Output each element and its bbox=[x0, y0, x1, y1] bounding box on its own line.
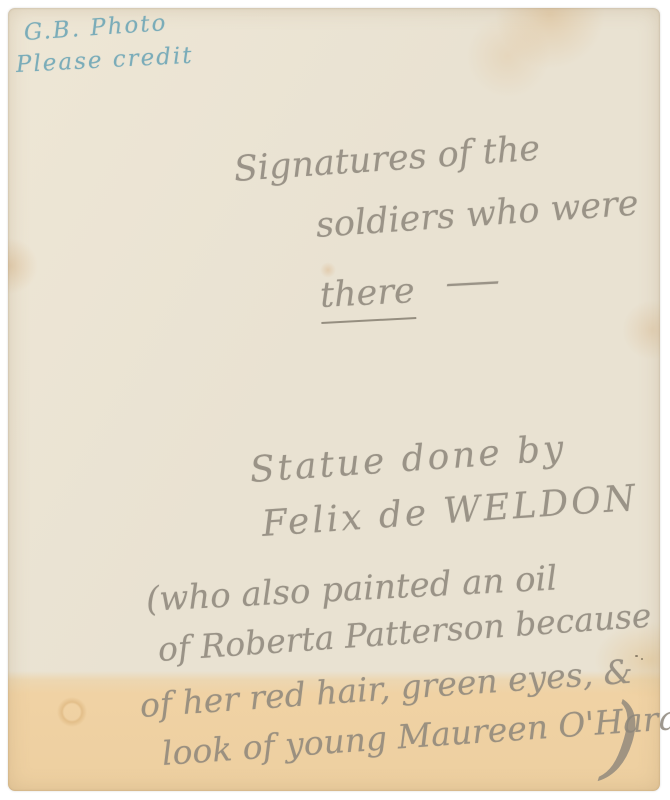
paper-speck bbox=[641, 658, 643, 660]
paper-speck bbox=[635, 655, 638, 657]
em-dash: — bbox=[443, 261, 501, 304]
note-line-there: there— bbox=[319, 268, 481, 316]
photo-back-scan: G.B. Photo Please credit Signatures of t… bbox=[0, 0, 670, 800]
underlined-word-there: there bbox=[319, 271, 416, 324]
